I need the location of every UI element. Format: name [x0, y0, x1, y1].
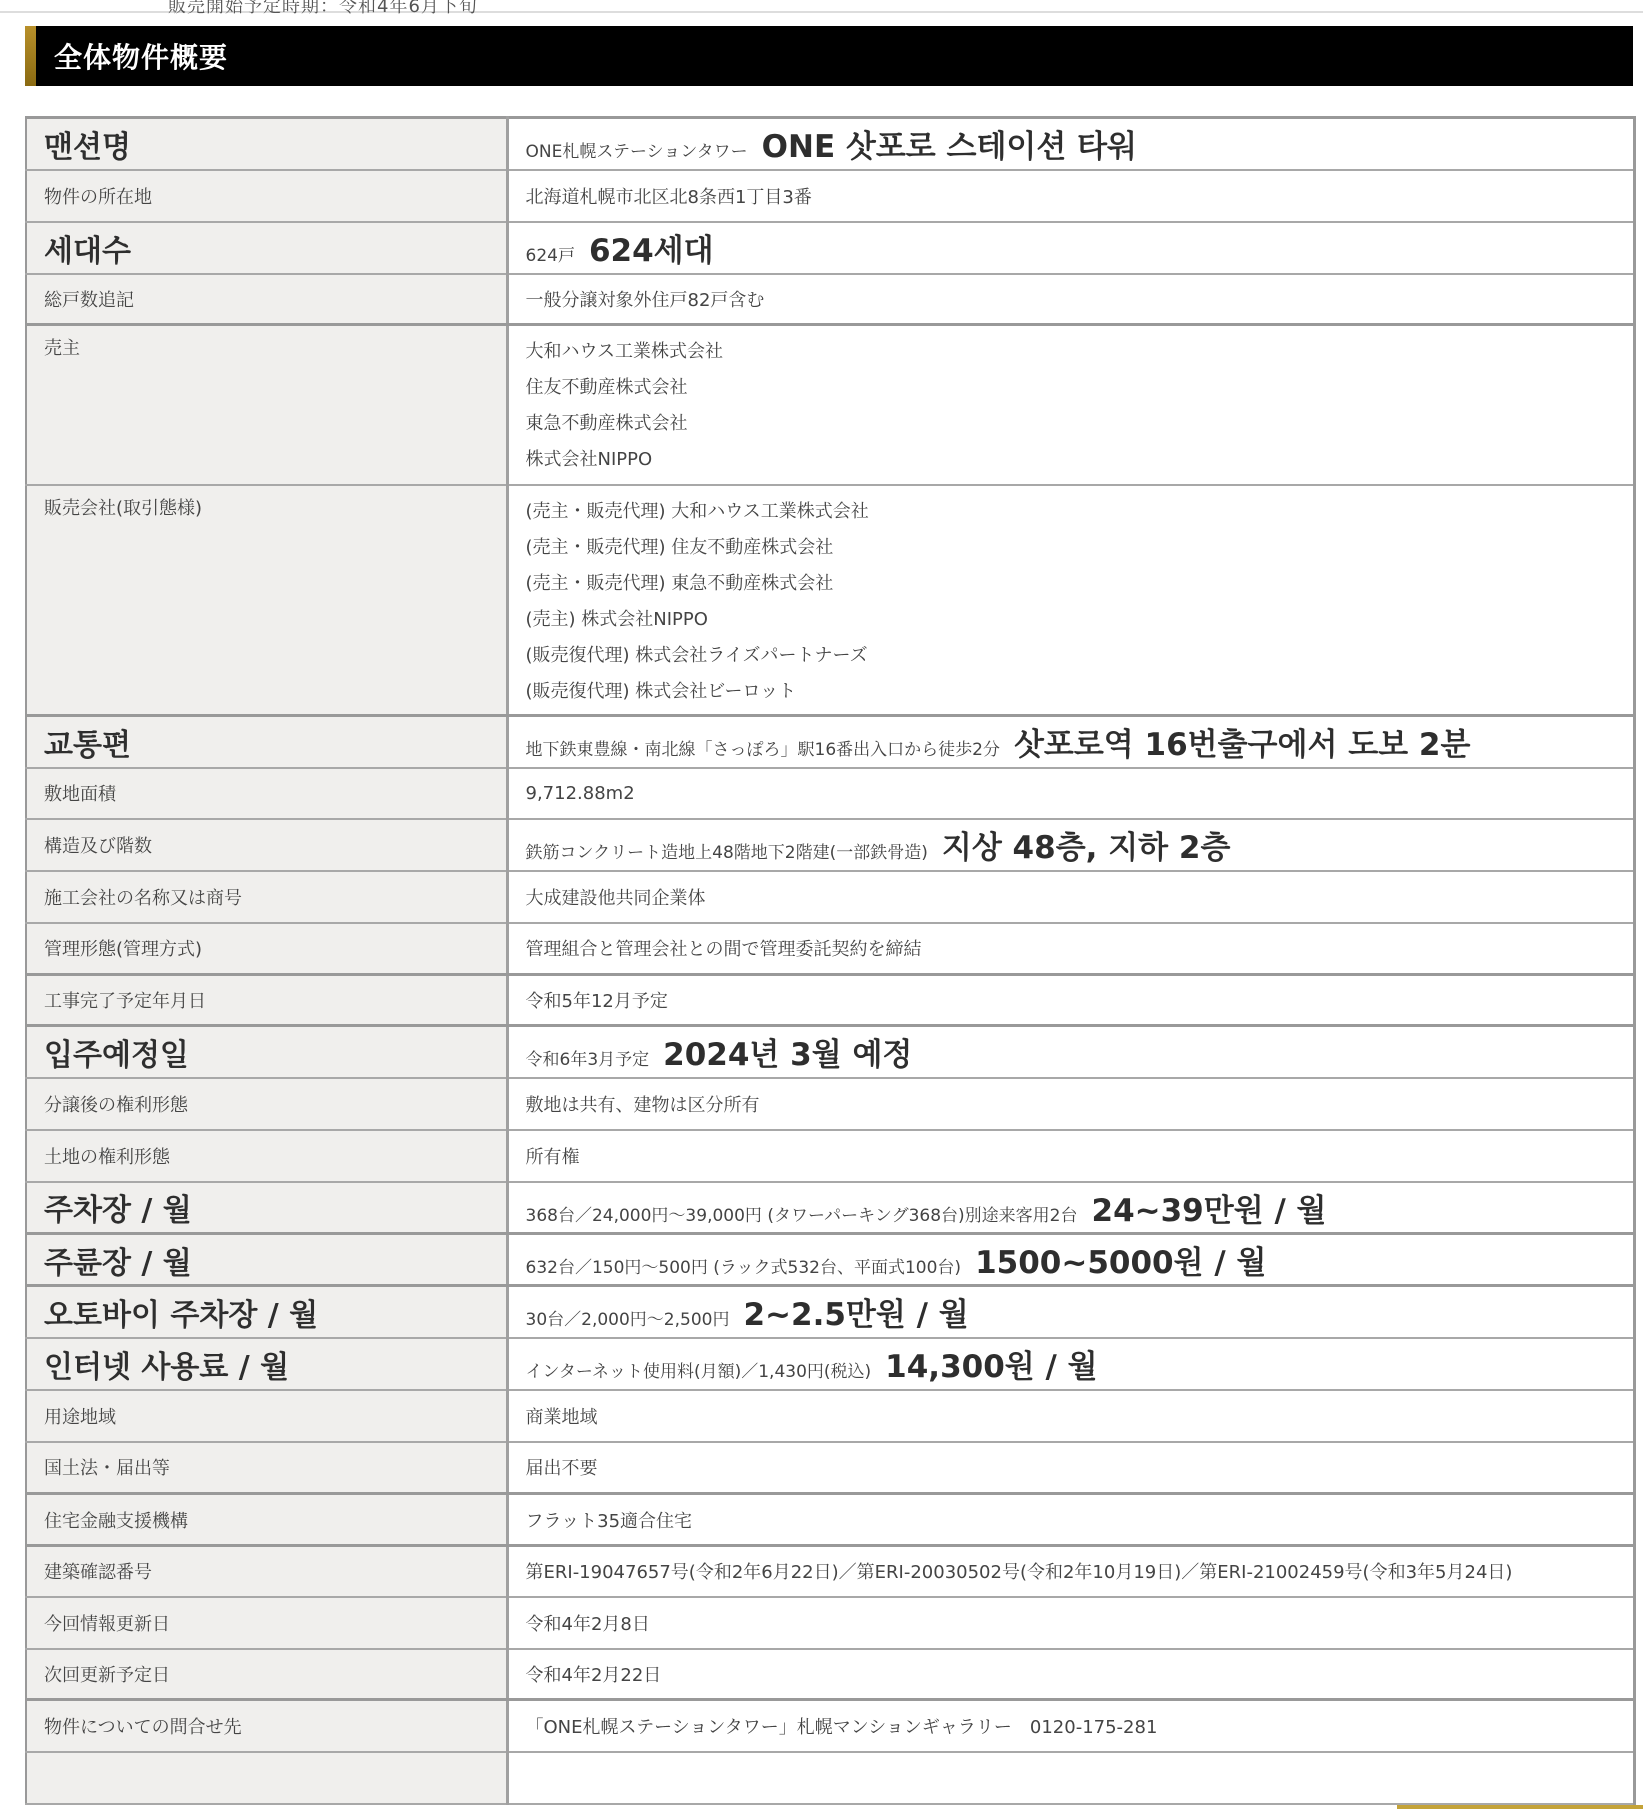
row-value-cell: 「ONE札幌ステーションタワー」札幌マンションギャラリー 0120-175-28…: [507, 1700, 1634, 1752]
table-row: 今回情報更新日令和4年2月8日: [26, 1597, 1634, 1649]
table-row: [26, 1752, 1634, 1804]
row-label-cell: 物件の所在地: [26, 170, 507, 222]
row-label-cell: 今回情報更新日: [26, 1597, 507, 1649]
row-value-cell: 624戸624세대: [507, 222, 1634, 274]
table-row: 次回更新予定日令和4年2月22日: [26, 1649, 1634, 1700]
row-label: 세대수: [44, 234, 131, 269]
value-line: (売主・販売代理) 大和ハウス工業株式会社: [526, 494, 1633, 530]
table-row: 인터넷 사용료 / 월インターネット使用料(月額)／1,430円(税込)14,3…: [26, 1338, 1634, 1390]
row-label-cell: 住宅金融支援機構: [26, 1494, 507, 1546]
row-label: 国土法・届出等: [44, 1458, 170, 1479]
row-label-cell: 工事完了予定年月日: [26, 975, 507, 1026]
row-value-cell: 大和ハウス工業株式会社住友不動産株式会社東急不動産株式会社株式会社NIPPO: [507, 325, 1634, 485]
row-value-cell: 敷地は共有、建物は区分所有: [507, 1078, 1634, 1130]
row-value: 令和4年2月22日: [526, 1665, 662, 1686]
table-row: 建築確認番号第ERI-19047657号(令和2年6月22日)／第ERI-200…: [26, 1546, 1634, 1597]
row-value-cell: (売主・販売代理) 大和ハウス工業株式会社(売主・販売代理) 住友不動産株式会社…: [507, 485, 1634, 716]
row-label: 입주예정일: [44, 1038, 189, 1073]
row-value: 鉄筋コンクリート造地上48階地下2階建(一部鉄骨造): [526, 843, 928, 863]
korean-annotation: 2~2.5만원 / 월: [743, 1297, 968, 1333]
value-line: (売主) 株式会社NIPPO: [526, 602, 1633, 638]
row-label: 物件の所在地: [44, 187, 152, 208]
korean-annotation: 삿포로역 16번출구에서 도보 2분: [1014, 727, 1470, 763]
row-label-cell: 施工会社の名称又は商号: [26, 871, 507, 923]
row-value: 624戸: [526, 246, 575, 266]
row-value: 一般分譲対象外住戸82戸含む: [526, 290, 765, 311]
row-value-cell: ONE札幌ステーションタワーONE 삿포로 스테이션 타워: [507, 118, 1634, 170]
row-value-cell: インターネット使用料(月額)／1,430円(税込)14,300원 / 월: [507, 1338, 1634, 1390]
table-row: 주륜장 / 월632台／150円～500円 (ラック式532台、平面式100台)…: [26, 1234, 1634, 1286]
korean-annotation: 624세대: [589, 233, 714, 269]
row-label: 주차장 / 월: [44, 1193, 192, 1228]
table-row: 주차장 / 월368台／24,000円～39,000円 (タワーパーキング368…: [26, 1182, 1634, 1234]
row-label: 今回情報更新日: [44, 1614, 170, 1635]
row-label-cell: 総戸数追記: [26, 274, 507, 325]
table-row: 管理形態(管理方式)管理組合と管理会社との間で管理委託契約を締結: [26, 923, 1634, 975]
table-row: 構造及び階数鉄筋コンクリート造地上48階地下2階建(一部鉄骨造)지상 48층, …: [26, 819, 1634, 871]
row-value-cell: 令和4年2月22日: [507, 1649, 1634, 1700]
row-value-cell: 所有権: [507, 1130, 1634, 1182]
row-value-cell: 368台／24,000円～39,000円 (タワーパーキング368台)別途来客用…: [507, 1182, 1634, 1234]
row-label-cell: 用途地域: [26, 1390, 507, 1442]
row-value: 368台／24,000円～39,000円 (タワーパーキング368台)別途来客用…: [526, 1206, 1078, 1226]
row-label-cell: 입주예정일: [26, 1026, 507, 1078]
row-value-cell: 30台／2,000円～2,500円2~2.5만원 / 월: [507, 1286, 1634, 1338]
row-value-cell: 令和5年12月予定: [507, 975, 1634, 1026]
table-row: 物件についての問合せ先「ONE札幌ステーションタワー」札幌マンションギャラリー …: [26, 1700, 1634, 1752]
row-value-cell: 令和6年3月予定2024년 3월 예정: [507, 1026, 1634, 1078]
row-value-cell: [507, 1752, 1634, 1804]
row-label-cell: 管理形態(管理方式): [26, 923, 507, 975]
row-label: 住宅金融支援機構: [44, 1511, 188, 1532]
row-value: 敷地は共有、建物は区分所有: [526, 1095, 760, 1116]
row-label-cell: 인터넷 사용료 / 월: [26, 1338, 507, 1390]
row-label: 管理形態(管理方式): [44, 939, 202, 960]
korean-annotation: 14,300원 / 월: [885, 1349, 1097, 1385]
row-label-cell: 物件についての問合せ先: [26, 1700, 507, 1752]
row-label-cell: 오토바이 주차장 / 월: [26, 1286, 507, 1338]
value-line: 住友不動産株式会社: [526, 370, 1633, 406]
row-label: 構造及び階数: [44, 836, 152, 857]
korean-annotation: 2024년 3월 예정: [663, 1037, 912, 1073]
row-value-cell: 632台／150円～500円 (ラック式532台、平面式100台)1500~50…: [507, 1234, 1634, 1286]
row-value: 所有権: [526, 1147, 580, 1168]
row-label-cell: 構造及び階数: [26, 819, 507, 871]
row-value: 令和4年2月8日: [526, 1614, 650, 1635]
value-line: 大和ハウス工業株式会社: [526, 334, 1633, 370]
table-row: 物件の所在地北海道札幌市北区北8条西1丁目3番: [26, 170, 1634, 222]
row-label: 주륜장 / 월: [44, 1246, 192, 1281]
row-value-cell: 届出不要: [507, 1442, 1634, 1494]
row-label: 敷地面積: [44, 784, 116, 805]
row-value: 632台／150円～500円 (ラック式532台、平面式100台): [526, 1258, 962, 1278]
section-title: 全体物件概要: [54, 36, 228, 76]
table-row: 입주예정일令和6年3月予定2024년 3월 예정: [26, 1026, 1634, 1078]
row-label-cell: 주륜장 / 월: [26, 1234, 507, 1286]
table-row: 맨션명ONE札幌ステーションタワーONE 삿포로 스테이션 타워: [26, 118, 1634, 170]
row-label-cell: 교통편: [26, 716, 507, 768]
table-row: 施工会社の名称又は商号大成建設他共同企業体: [26, 871, 1634, 923]
korean-annotation: 24~39만원 / 월: [1092, 1193, 1327, 1229]
row-value-cell: 第ERI-19047657号(令和2年6月22日)／第ERI-20030502号…: [507, 1546, 1634, 1597]
row-value: 北海道札幌市北区北8条西1丁目3番: [526, 187, 812, 208]
row-label: 인터넷 사용료 / 월: [44, 1350, 289, 1385]
row-value: 「ONE札幌ステーションタワー」札幌マンションギャラリー 0120-175-28…: [526, 1717, 1158, 1738]
row-value: ONE札幌ステーションタワー: [526, 142, 748, 162]
row-label-cell: 建築確認番号: [26, 1546, 507, 1597]
row-label-cell: [26, 1752, 507, 1804]
table-row: 住宅金融支援機構フラット35適合住宅: [26, 1494, 1634, 1546]
table-row: 工事完了予定年月日令和5年12月予定: [26, 975, 1634, 1026]
table-row: 교통편地下鉄東豊線・南北線「さっぽろ」駅16番出入口から徒歩2分삿포로역 16번…: [26, 716, 1634, 768]
table-row: 国土法・届出等届出不要: [26, 1442, 1634, 1494]
korean-annotation: 지상 48층, 지하 2층: [942, 830, 1231, 866]
value-line: (販売復代理) 株式会社ライズパートナーズ: [526, 638, 1633, 674]
row-label-cell: 売主: [26, 325, 507, 485]
row-value-cell: 大成建設他共同企業体: [507, 871, 1634, 923]
row-label-cell: 国土法・届出等: [26, 1442, 507, 1494]
table-row: 土地の権利形態所有権: [26, 1130, 1634, 1182]
row-value: インターネット使用料(月額)／1,430円(税込): [526, 1362, 872, 1382]
row-value: 地下鉄東豊線・南北線「さっぽろ」駅16番出入口から徒歩2分: [526, 740, 1000, 760]
row-label-cell: 土地の権利形態: [26, 1130, 507, 1182]
row-value: 令和6年3月予定: [526, 1050, 650, 1070]
row-label-cell: 敷地面積: [26, 768, 507, 819]
row-value: 30台／2,000円～2,500円: [526, 1310, 730, 1330]
row-value-cell: 鉄筋コンクリート造地上48階地下2階建(一部鉄骨造)지상 48층, 지하 2층: [507, 819, 1634, 871]
korean-annotation: ONE 삿포로 스테이션 타워: [762, 129, 1137, 165]
row-value-cell: 一般分譲対象外住戸82戸含む: [507, 274, 1634, 325]
row-label: 分譲後の権利形態: [44, 1095, 188, 1116]
table-row: 売主大和ハウス工業株式会社住友不動産株式会社東急不動産株式会社株式会社NIPPO: [26, 325, 1634, 485]
value-line: (売主・販売代理) 住友不動産株式会社: [526, 530, 1633, 566]
row-value: 第ERI-19047657号(令和2年6月22日)／第ERI-20030502号…: [526, 1562, 1513, 1583]
row-value-cell: フラット35適合住宅: [507, 1494, 1634, 1546]
row-label-cell: 販売会社(取引態様): [26, 485, 507, 716]
row-label: 総戸数追記: [44, 290, 134, 311]
row-label-cell: 맨션명: [26, 118, 507, 170]
property-overview-table: 맨션명ONE札幌ステーションタワーONE 삿포로 스테이션 타워物件の所在地北海…: [25, 116, 1636, 1805]
row-label: 次回更新予定日: [44, 1665, 170, 1686]
korean-annotation: 1500~5000원 / 월: [975, 1245, 1266, 1281]
row-value: 令和5年12月予定: [526, 991, 668, 1012]
row-value: フラット35適合住宅: [526, 1511, 693, 1532]
table-row: 세대수624戸624세대: [26, 222, 1634, 274]
row-label: 工事完了予定年月日: [44, 991, 206, 1012]
section-header: 全体物件概要: [25, 26, 1633, 86]
row-label: 오토바이 주차장 / 월: [44, 1298, 318, 1333]
row-label: 建築確認番号: [44, 1562, 152, 1583]
row-value-cell: 令和4年2月8日: [507, 1597, 1634, 1649]
row-value-cell: 管理組合と管理会社との間で管理委託契約を締結: [507, 923, 1634, 975]
table-row: 敷地面積9,712.88m2: [26, 768, 1634, 819]
row-value: 管理組合と管理会社との間で管理委託契約を締結: [526, 939, 922, 960]
table-row: 오토바이 주차장 / 월30台／2,000円～2,500円2~2.5만원 / 월: [26, 1286, 1634, 1338]
table-row: 販売会社(取引態様)(売主・販売代理) 大和ハウス工業株式会社(売主・販売代理)…: [26, 485, 1634, 716]
row-label: 販売会社(取引態様): [44, 498, 202, 519]
row-value: 商業地域: [526, 1407, 598, 1428]
row-label: 맨션명: [44, 130, 131, 165]
row-value: 大成建設他共同企業体: [526, 888, 706, 909]
row-value: 9,712.88m2: [526, 783, 635, 804]
row-value-cell: 9,712.88m2: [507, 768, 1634, 819]
row-label: 교통편: [44, 728, 131, 763]
table-row: 総戸数追記一般分譲対象外住戸82戸含む: [26, 274, 1634, 325]
sales-start-text-clipped: 販売開始予定時期：令和4年6月下旬: [168, 0, 478, 18]
row-label-cell: 세대수: [26, 222, 507, 274]
table-row: 用途地域商業地域: [26, 1390, 1634, 1442]
row-label: 施工会社の名称又は商号: [44, 888, 242, 909]
row-label-cell: 分譲後の権利形態: [26, 1078, 507, 1130]
row-value-cell: 北海道札幌市北区北8条西1丁目3番: [507, 170, 1634, 222]
row-label: 土地の権利形態: [44, 1147, 170, 1168]
row-label: 物件についての問合せ先: [44, 1717, 242, 1738]
gold-bottom-bar: [1397, 1805, 1643, 1809]
row-value: 届出不要: [526, 1458, 598, 1479]
table-row: 分譲後の権利形態敷地は共有、建物は区分所有: [26, 1078, 1634, 1130]
row-label-cell: 주차장 / 월: [26, 1182, 507, 1234]
row-label: 用途地域: [44, 1407, 116, 1428]
row-value-cell: 地下鉄東豊線・南北線「さっぽろ」駅16番出入口から徒歩2分삿포로역 16번출구에…: [507, 716, 1634, 768]
row-label: 売主: [44, 338, 80, 359]
row-value-cell: 商業地域: [507, 1390, 1634, 1442]
gold-accent-bar: [25, 26, 36, 86]
value-line: 株式会社NIPPO: [526, 442, 1633, 478]
value-line: (販売復代理) 株式会社ビーロット: [526, 674, 1633, 710]
value-line: 東急不動産株式会社: [526, 406, 1633, 442]
row-label-cell: 次回更新予定日: [26, 1649, 507, 1700]
value-line: (売主・販売代理) 東急不動産株式会社: [526, 566, 1633, 602]
